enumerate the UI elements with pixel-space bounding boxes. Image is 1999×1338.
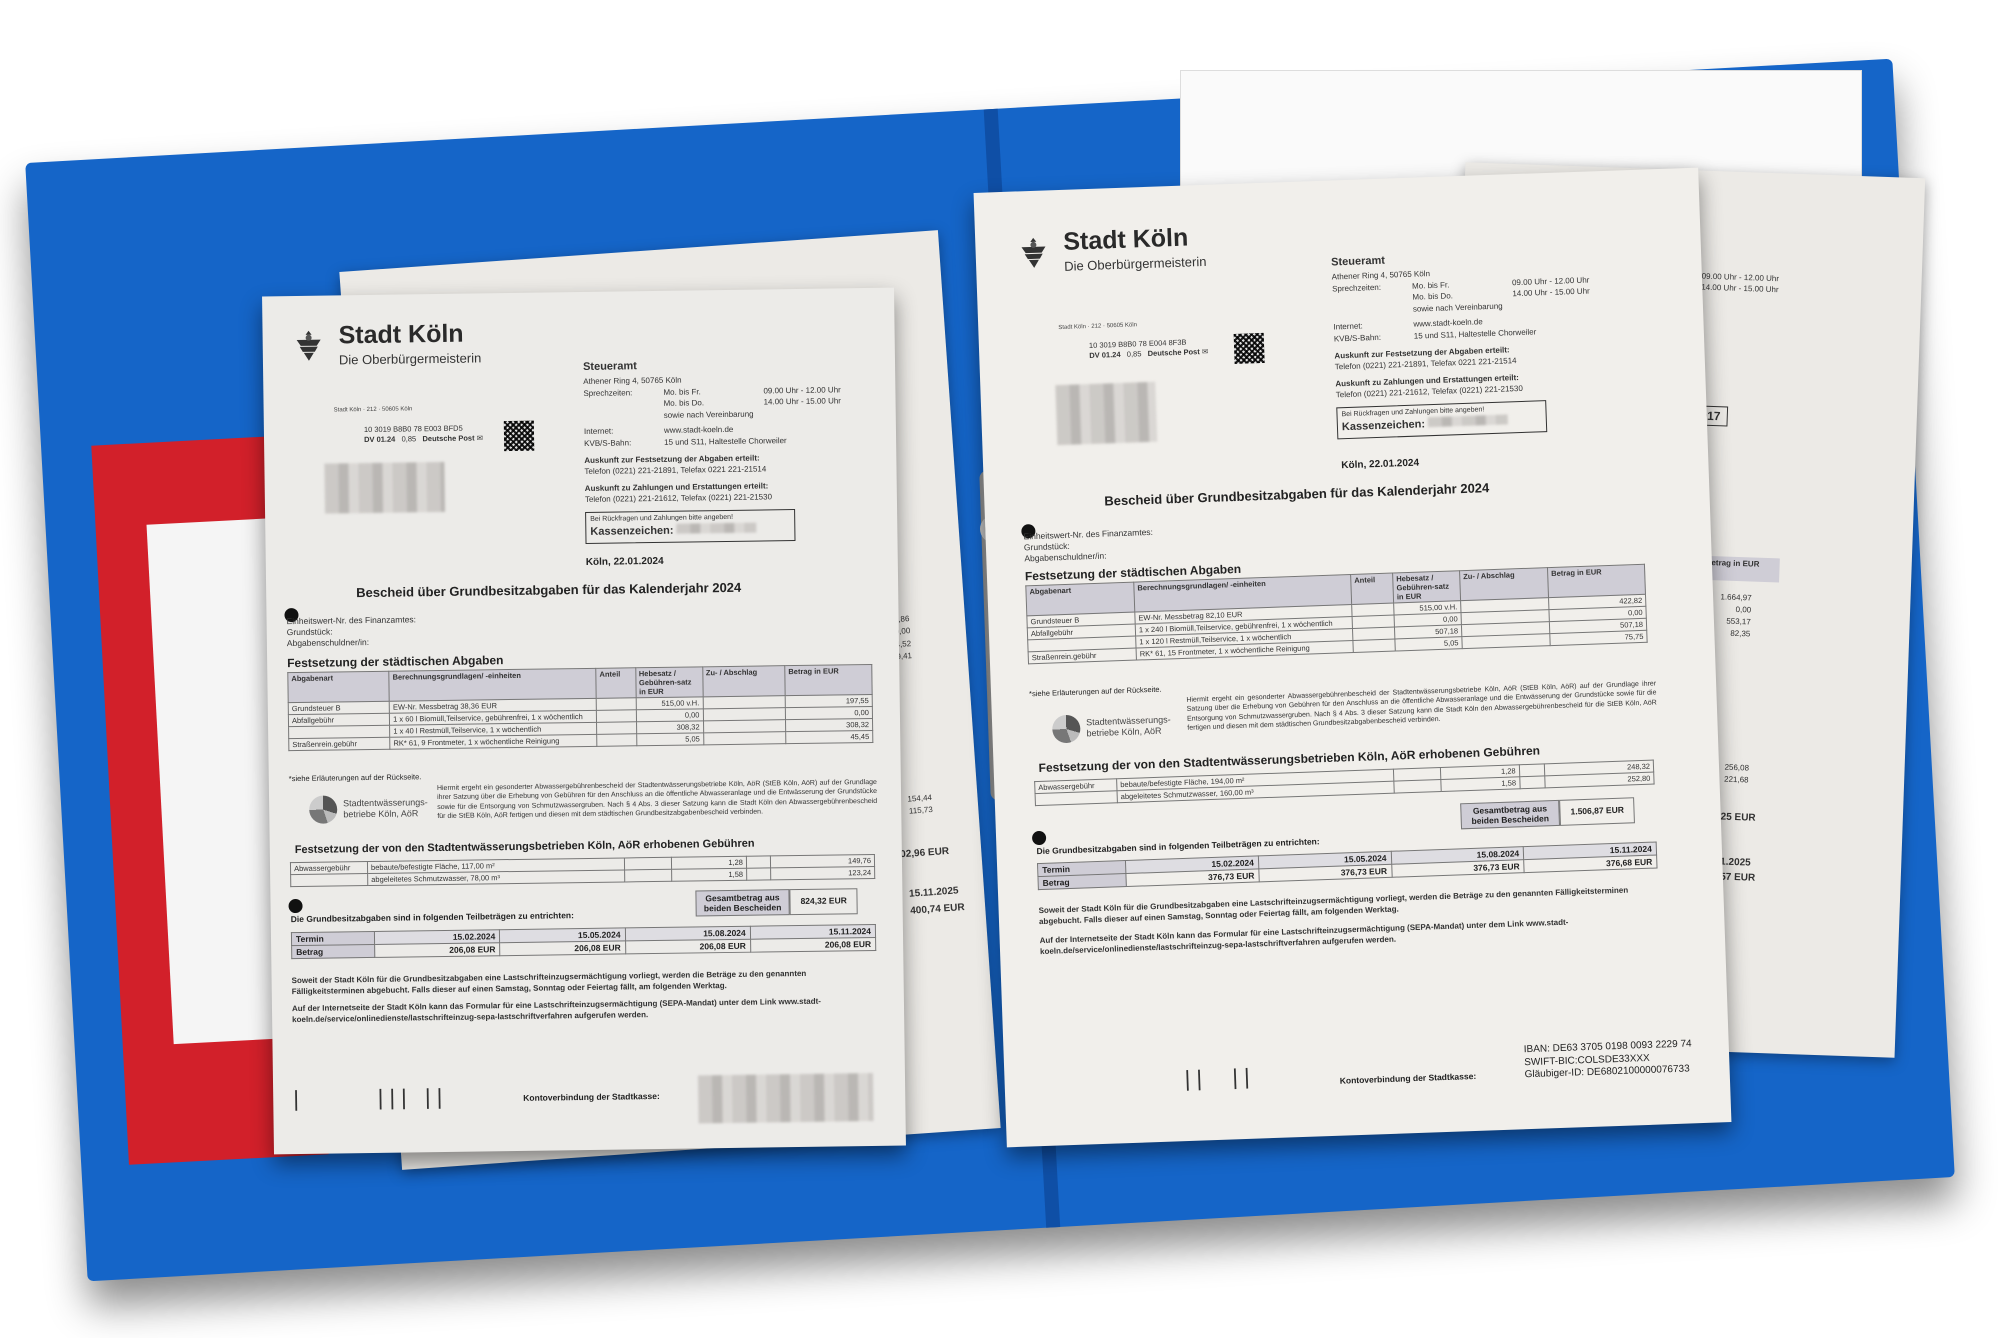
grand-total: Gesamtbetrag aus beiden Bescheiden 824,3… xyxy=(695,888,858,916)
redacted-address xyxy=(1055,382,1157,445)
grand-total: Gesamtbetrag aus beiden Bescheiden 1.506… xyxy=(1460,797,1635,829)
redacted-address xyxy=(324,462,445,514)
post-horn-icon: ✉ xyxy=(1202,347,1209,356)
kassenzeichen-box: Bei Rückfragen und Zahlungen bitte angeb… xyxy=(1336,400,1547,439)
website-link[interactable]: www.stadt-koeln.de xyxy=(664,424,734,437)
peek-amounts: 1.664,97 0,00 553,17 82,35 xyxy=(1719,591,1752,640)
steb-logo-block: Stadtentwässerungs- betriebe Köln, AöR xyxy=(309,794,428,824)
franking-mark: 10 3019 B8B0 78 E004 8F3B DV 01.24 0,85 … xyxy=(1089,337,1209,361)
peek-column-header: Betrag in EUR xyxy=(1701,556,1780,583)
tax-notice-right: Stadt Köln Die Oberbürgermeisterin Stadt… xyxy=(974,168,1732,1148)
notice-meta: Einheitswert-Nr. des Finanzamtes: Grunds… xyxy=(287,614,417,649)
installments-table: Termin15.02.202415.05.202415.08.202415.1… xyxy=(291,924,876,959)
tax-notice-left: Stadt Köln Die Oberbürgermeisterin Stadt… xyxy=(262,288,906,1155)
city-name: Stadt Köln xyxy=(1063,225,1206,255)
notice-heading: Bescheid über Grundbesitzabgaben für das… xyxy=(1104,480,1489,508)
coat-of-arms-icon xyxy=(290,328,326,364)
steb-logo-icon xyxy=(309,795,337,823)
bank-label: Kontoverbindung der Stadtkasse: xyxy=(523,1091,660,1103)
city-logo: Stadt Köln Die Oberbürgermeisterin xyxy=(1015,225,1207,276)
sewage-table: Abwassergebührbebaute/befestigte Fläche,… xyxy=(290,854,875,887)
installments-label: Die Grundbesitzabgaben sind in folgenden… xyxy=(1036,836,1319,856)
notice-heading: Bescheid über Grundbesitzabgaben für das… xyxy=(356,580,741,600)
bank-details: IBAN: DE63 3705 0198 0093 2229 74 SWIFT-… xyxy=(1524,1038,1693,1081)
coat-of-arms-icon xyxy=(1015,234,1052,271)
city-logo: Stadt Köln Die Oberbürgermeisterin xyxy=(290,321,481,368)
sepa-paragraph: Auf der Internetseite der Stadt Köln kan… xyxy=(292,996,877,1026)
steb-paragraph: Hiermit ergeht ein gesonderter Abwasserg… xyxy=(1186,679,1657,733)
steb-logo-icon xyxy=(1052,715,1081,744)
notice-meta: Einheitswert-Nr. des Finanzamtes: Grunds… xyxy=(1023,527,1154,565)
peek-sewage: 154,44 115,73 xyxy=(907,792,933,818)
footnote: *siehe Erläuterungen auf der Rückseite. xyxy=(1029,685,1162,699)
franking-mark: 10 3019 B8B0 78 E003 BFD5 DV 01.24 0,85 … xyxy=(364,423,483,444)
post-horn-icon: ✉ xyxy=(477,433,483,442)
punch-hole xyxy=(288,899,302,913)
peek-hours: 09.00 Uhr - 12.00 Uhr 14.00 Uhr - 15.00 … xyxy=(1701,271,1779,296)
city-subtitle: Die Oberbürgermeisterin xyxy=(339,350,482,367)
office-block: Steueramt Athener Ring 4, 50765 Köln Spr… xyxy=(1331,247,1595,440)
steb-logo-block: Stadtentwässerungs- betriebe Köln, AöR xyxy=(1052,711,1171,743)
punch-hole xyxy=(1032,831,1046,845)
redacted-bank xyxy=(698,1073,874,1123)
section-municipal-charges: Festsetzung der städtischen Abgaben xyxy=(287,653,503,670)
steb-paragraph: Hiermit ergeht ein gesonderter Abwasserg… xyxy=(437,778,877,822)
office-block: Steueramt Athener Ring 4, 50765 Köln Spr… xyxy=(583,356,843,544)
barcode-marks: | ||| || xyxy=(293,1084,448,1112)
qr-code xyxy=(504,421,534,451)
peek-last-amount: 400,74 EUR xyxy=(910,902,965,917)
installments-label: Die Grundbesitzabgaben sind in folgenden… xyxy=(291,910,574,924)
city-subtitle: Die Oberbürgermeisterin xyxy=(1064,254,1207,274)
kassenzeichen-box: Bei Rückfragen und Zahlungen bitte angeb… xyxy=(585,509,795,544)
notice-date: Köln, 22.01.2024 xyxy=(1341,458,1419,472)
city-name: Stadt Köln xyxy=(338,321,481,348)
charges-table: Abgabenart Berechnungsgrundlagen/ -einhe… xyxy=(287,664,873,751)
notice-date: Köln, 22.01.2024 xyxy=(586,556,664,568)
barcode-marks: || || xyxy=(1184,1064,1256,1092)
peek-sewage: 256,08 221,68 xyxy=(1724,762,1749,787)
sender-line: Stadt Köln · 212 · 50605 Köln xyxy=(1058,322,1137,331)
peek-last-date: 15.11.2025 xyxy=(909,885,959,899)
footnote: *siehe Erläuterungen auf der Rückseite. xyxy=(289,772,422,783)
bank-label: Kontoverbindung der Stadtkasse: xyxy=(1340,1071,1477,1086)
qr-code xyxy=(1234,333,1265,364)
direct-debit-paragraph: Soweit der Stadt Köln für die Grundbesit… xyxy=(292,968,877,998)
section-sewage-charges: Festsetzung der von den Stadtentwässerun… xyxy=(295,838,755,856)
sender-line: Stadt Köln · 212 · 50605 Köln xyxy=(334,406,413,413)
